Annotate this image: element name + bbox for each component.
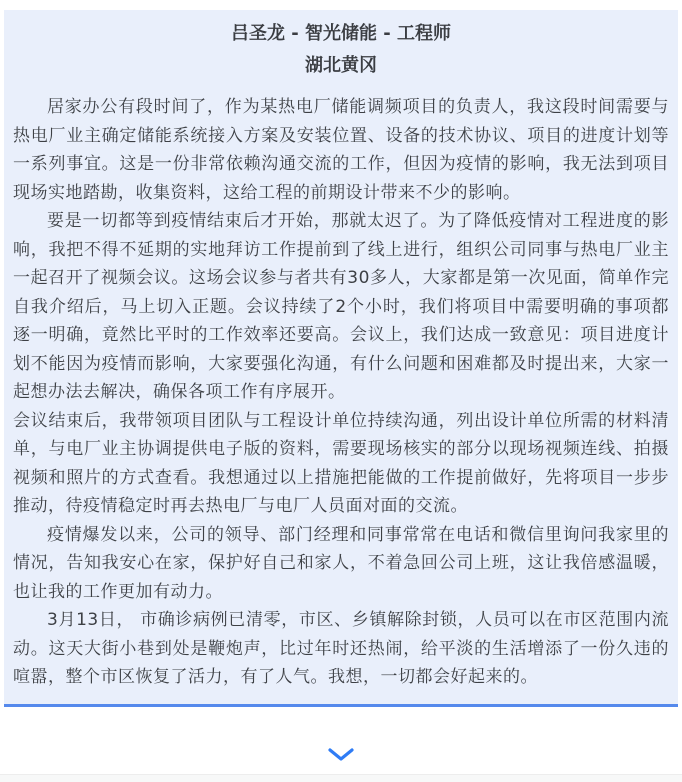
article-paragraph: 3月13日， 市确诊病例已清零，市区、乡镇解除封锁，人员可以在市区范围内流动。这… xyxy=(13,606,669,692)
page-subtitle: 湖北黄冈 xyxy=(13,50,669,82)
article-paragraph: 要是一切都等到疫情结束后才开始，那就太迟了。为了降低疫情对工程进度的影响，我把不… xyxy=(13,207,669,407)
footer-area xyxy=(0,707,682,775)
article-paragraph: 疫情爆发以来，公司的领导、部门经理和同事常常在电话和微信里询问我家里的情况，告知… xyxy=(13,521,669,607)
article-body: 居家办公有段时间了，作为某热电厂储能调频项目的负责人，我这段时间需要与热电厂业主… xyxy=(13,93,669,692)
bottom-section-divider xyxy=(0,774,682,782)
chevron-down-icon xyxy=(327,750,355,765)
article-paragraph: 会议结束后，我带领项目团队与工程设计单位持续沟通，列出设计单位所需的材料清单，与… xyxy=(13,407,669,521)
page: 吕圣龙 - 智光储能 - 工程师 湖北黄冈 居家办公有段时间了，作为某热电厂储能… xyxy=(0,0,682,782)
article-paragraph: 居家办公有段时间了，作为某热电厂储能调频项目的负责人，我这段时间需要与热电厂业主… xyxy=(13,93,669,207)
expand-button[interactable] xyxy=(323,744,359,766)
article-panel: 吕圣龙 - 智光储能 - 工程师 湖北黄冈 居家办公有段时间了，作为某热电厂储能… xyxy=(4,10,678,707)
page-title: 吕圣龙 - 智光储能 - 工程师 xyxy=(13,18,669,50)
